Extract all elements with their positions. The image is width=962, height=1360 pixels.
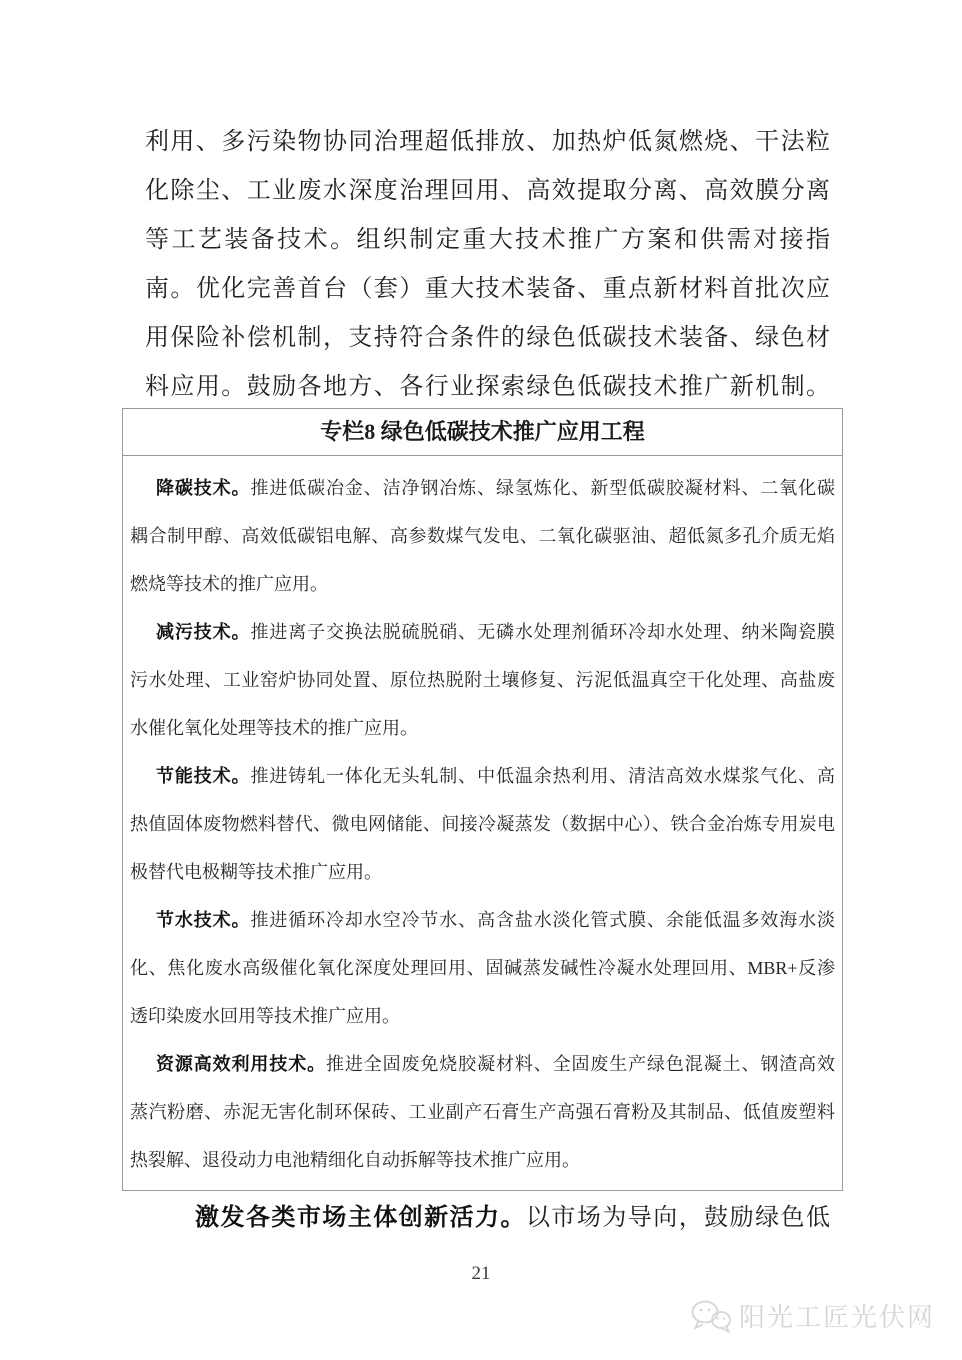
closing-paragraph-lead: 激发各类市场主体创新活力。 bbox=[195, 1205, 526, 1231]
body-paragraph: 利用、多污染物协同治理超低排放、加热炉低氮燃烧、干法粒化除尘、工业废水深度治理回… bbox=[145, 118, 831, 412]
box-text-line: 热裂解、退役动力电池精细化自动拆解等技术推广应用。 bbox=[130, 1136, 835, 1184]
box-paragraph-label: 减污技术。 bbox=[156, 622, 250, 642]
body-text-line: 用保险补偿机制，支持符合条件的绿色低碳技术装备、绿色材 bbox=[145, 314, 831, 363]
box-text-line: 化、焦化废水高级催化氧化深度处理回用、固碱蒸发碱性冷凝水处理回用、MBR+反渗 bbox=[130, 944, 835, 992]
box-paragraph-label: 降碳技术。 bbox=[156, 478, 250, 498]
wechat-icon bbox=[690, 1298, 732, 1334]
feature-box: 专栏8 绿色低碳技术推广应用工程 降碳技术。推进低碳冶金、洁净钢冶炼、绿氢炼化、… bbox=[122, 408, 843, 1191]
body-text-line: 料应用。鼓励各地方、各行业探索绿色低碳技术推广新机制。 bbox=[145, 363, 831, 412]
box-text-line: 降碳技术。推进低碳冶金、洁净钢冶炼、绿氢炼化、新型低碳胶凝材料、二氧化碳 bbox=[130, 464, 835, 512]
box-text-line: 蒸汽粉磨、赤泥无害化制环保砖、工业副产石膏生产高强石膏粉及其制品、低值废塑料 bbox=[130, 1088, 835, 1136]
box-text-line: 污水处理、工业窑炉协同处置、原位热脱附土壤修复、污泥低温真空干化处理、高盐废 bbox=[130, 656, 835, 704]
box-text-line: 极替代电极糊等技术推广应用。 bbox=[130, 848, 835, 896]
closing-paragraph-rest: 以市场为导向，鼓励绿色低 bbox=[526, 1205, 831, 1231]
box-text-line: 热值固体废物燃料替代、微电网储能、间接冷凝蒸发（数据中心）、铁合金冶炼专用炭电 bbox=[130, 800, 835, 848]
box-paragraph-label: 资源高效利用技术。 bbox=[156, 1054, 326, 1074]
body-text-line: 等工艺装备技术。组织制定重大技术推广方案和供需对接指 bbox=[145, 216, 831, 265]
box-paragraph-label: 节水技术。 bbox=[156, 910, 250, 930]
closing-paragraph: 激发各类市场主体创新活力。以市场为导向，鼓励绿色低 bbox=[145, 1194, 831, 1243]
box-text-line: 减污技术。推进离子交换法脱硫脱硝、无磷水处理剂循环冷却水处理、纳米陶瓷膜 bbox=[130, 608, 835, 656]
box-paragraph-label: 节能技术。 bbox=[156, 766, 250, 786]
page-number: 21 bbox=[0, 1263, 962, 1285]
footer-watermark: 阳光工匠光伏网 bbox=[690, 1297, 935, 1334]
body-text-line: 利用、多污染物协同治理超低排放、加热炉低氮燃烧、干法粒 bbox=[145, 118, 831, 167]
feature-box-title: 专栏8 绿色低碳技术推广应用工程 bbox=[123, 409, 842, 456]
box-text-line: 节能技术。推进铸轧一体化无头轧制、中低温余热利用、清洁高效水煤浆气化、高 bbox=[130, 752, 835, 800]
box-text-line: 透印染废水回用等技术推广应用。 bbox=[130, 992, 835, 1040]
box-text-line: 耦合制甲醇、高效低碳铝电解、高参数煤气发电、二氧化碳驱油、超低氮多孔介质无焰 bbox=[130, 512, 835, 560]
box-text-line: 资源高效利用技术。推进全固废免烧胶凝材料、全固废生产绿色混凝土、钢渣高效 bbox=[130, 1040, 835, 1088]
box-text-line: 节水技术。推进循环冷却水空冷节水、高含盐水淡化管式膜、余能低温多效海水淡 bbox=[130, 896, 835, 944]
box-text-line: 燃烧等技术的推广应用。 bbox=[130, 560, 835, 608]
box-text-line: 水催化氧化处理等技术的推广应用。 bbox=[130, 704, 835, 752]
watermark-text: 阳光工匠光伏网 bbox=[739, 1297, 935, 1334]
feature-box-body: 降碳技术。推进低碳冶金、洁净钢冶炼、绿氢炼化、新型低碳胶凝材料、二氧化碳耦合制甲… bbox=[123, 456, 842, 1190]
body-text-line: 化除尘、工业废水深度治理回用、高效提取分离、高效膜分离 bbox=[145, 167, 831, 216]
body-text-line: 南。优化完善首台（套）重大技术装备、重点新材料首批次应 bbox=[145, 265, 831, 314]
